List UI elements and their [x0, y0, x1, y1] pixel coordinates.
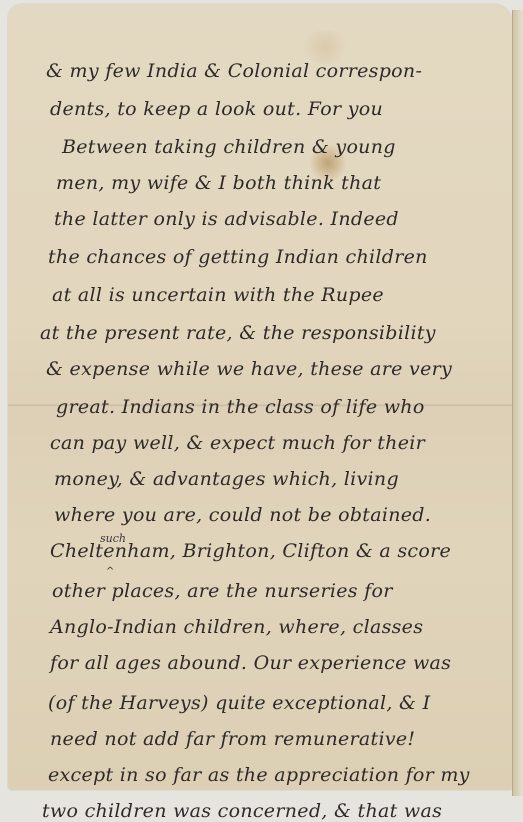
text-line: can pay well, & expect much for their [50, 432, 425, 454]
text-line: where you are, could not be obtained. [54, 504, 431, 526]
text-line: Between taking children & young [62, 136, 396, 158]
text-line: & expense while we have, these are very [46, 358, 452, 380]
text-line: great. Indians in the class of life who [56, 396, 425, 418]
handwritten-text: & my few India & Colonial correspon- den… [0, 0, 523, 800]
text-line: the chances of getting Indian children [48, 246, 428, 268]
text-line: Anglo-Indian children, where, classes [50, 616, 423, 638]
text-line: for all ages abound. Our experience was [50, 652, 451, 674]
insertion-caret: ^ [106, 566, 114, 577]
text-line: need not add far from remunerative! [50, 728, 415, 750]
text-line: & my few India & Colonial correspon- [46, 60, 422, 82]
inserted-word: such [100, 532, 126, 545]
text-line: except in so far as the appreciation for… [48, 764, 470, 786]
text-line: dents, to keep a look out. For you [50, 98, 383, 120]
text-line: money, & advantages which, living [54, 468, 399, 490]
text-line: at the present rate, & the responsibilit… [40, 322, 436, 344]
text-line: at all is uncertain with the Rupee [52, 284, 384, 306]
text-line: (of the Harveys) quite exceptional, & I [48, 692, 430, 714]
text-line: the latter only is advisable. Indeed [54, 208, 399, 230]
text-line: other places, are the nurseries for [52, 580, 393, 602]
text-line: men, my wife & I both think that [56, 172, 381, 194]
